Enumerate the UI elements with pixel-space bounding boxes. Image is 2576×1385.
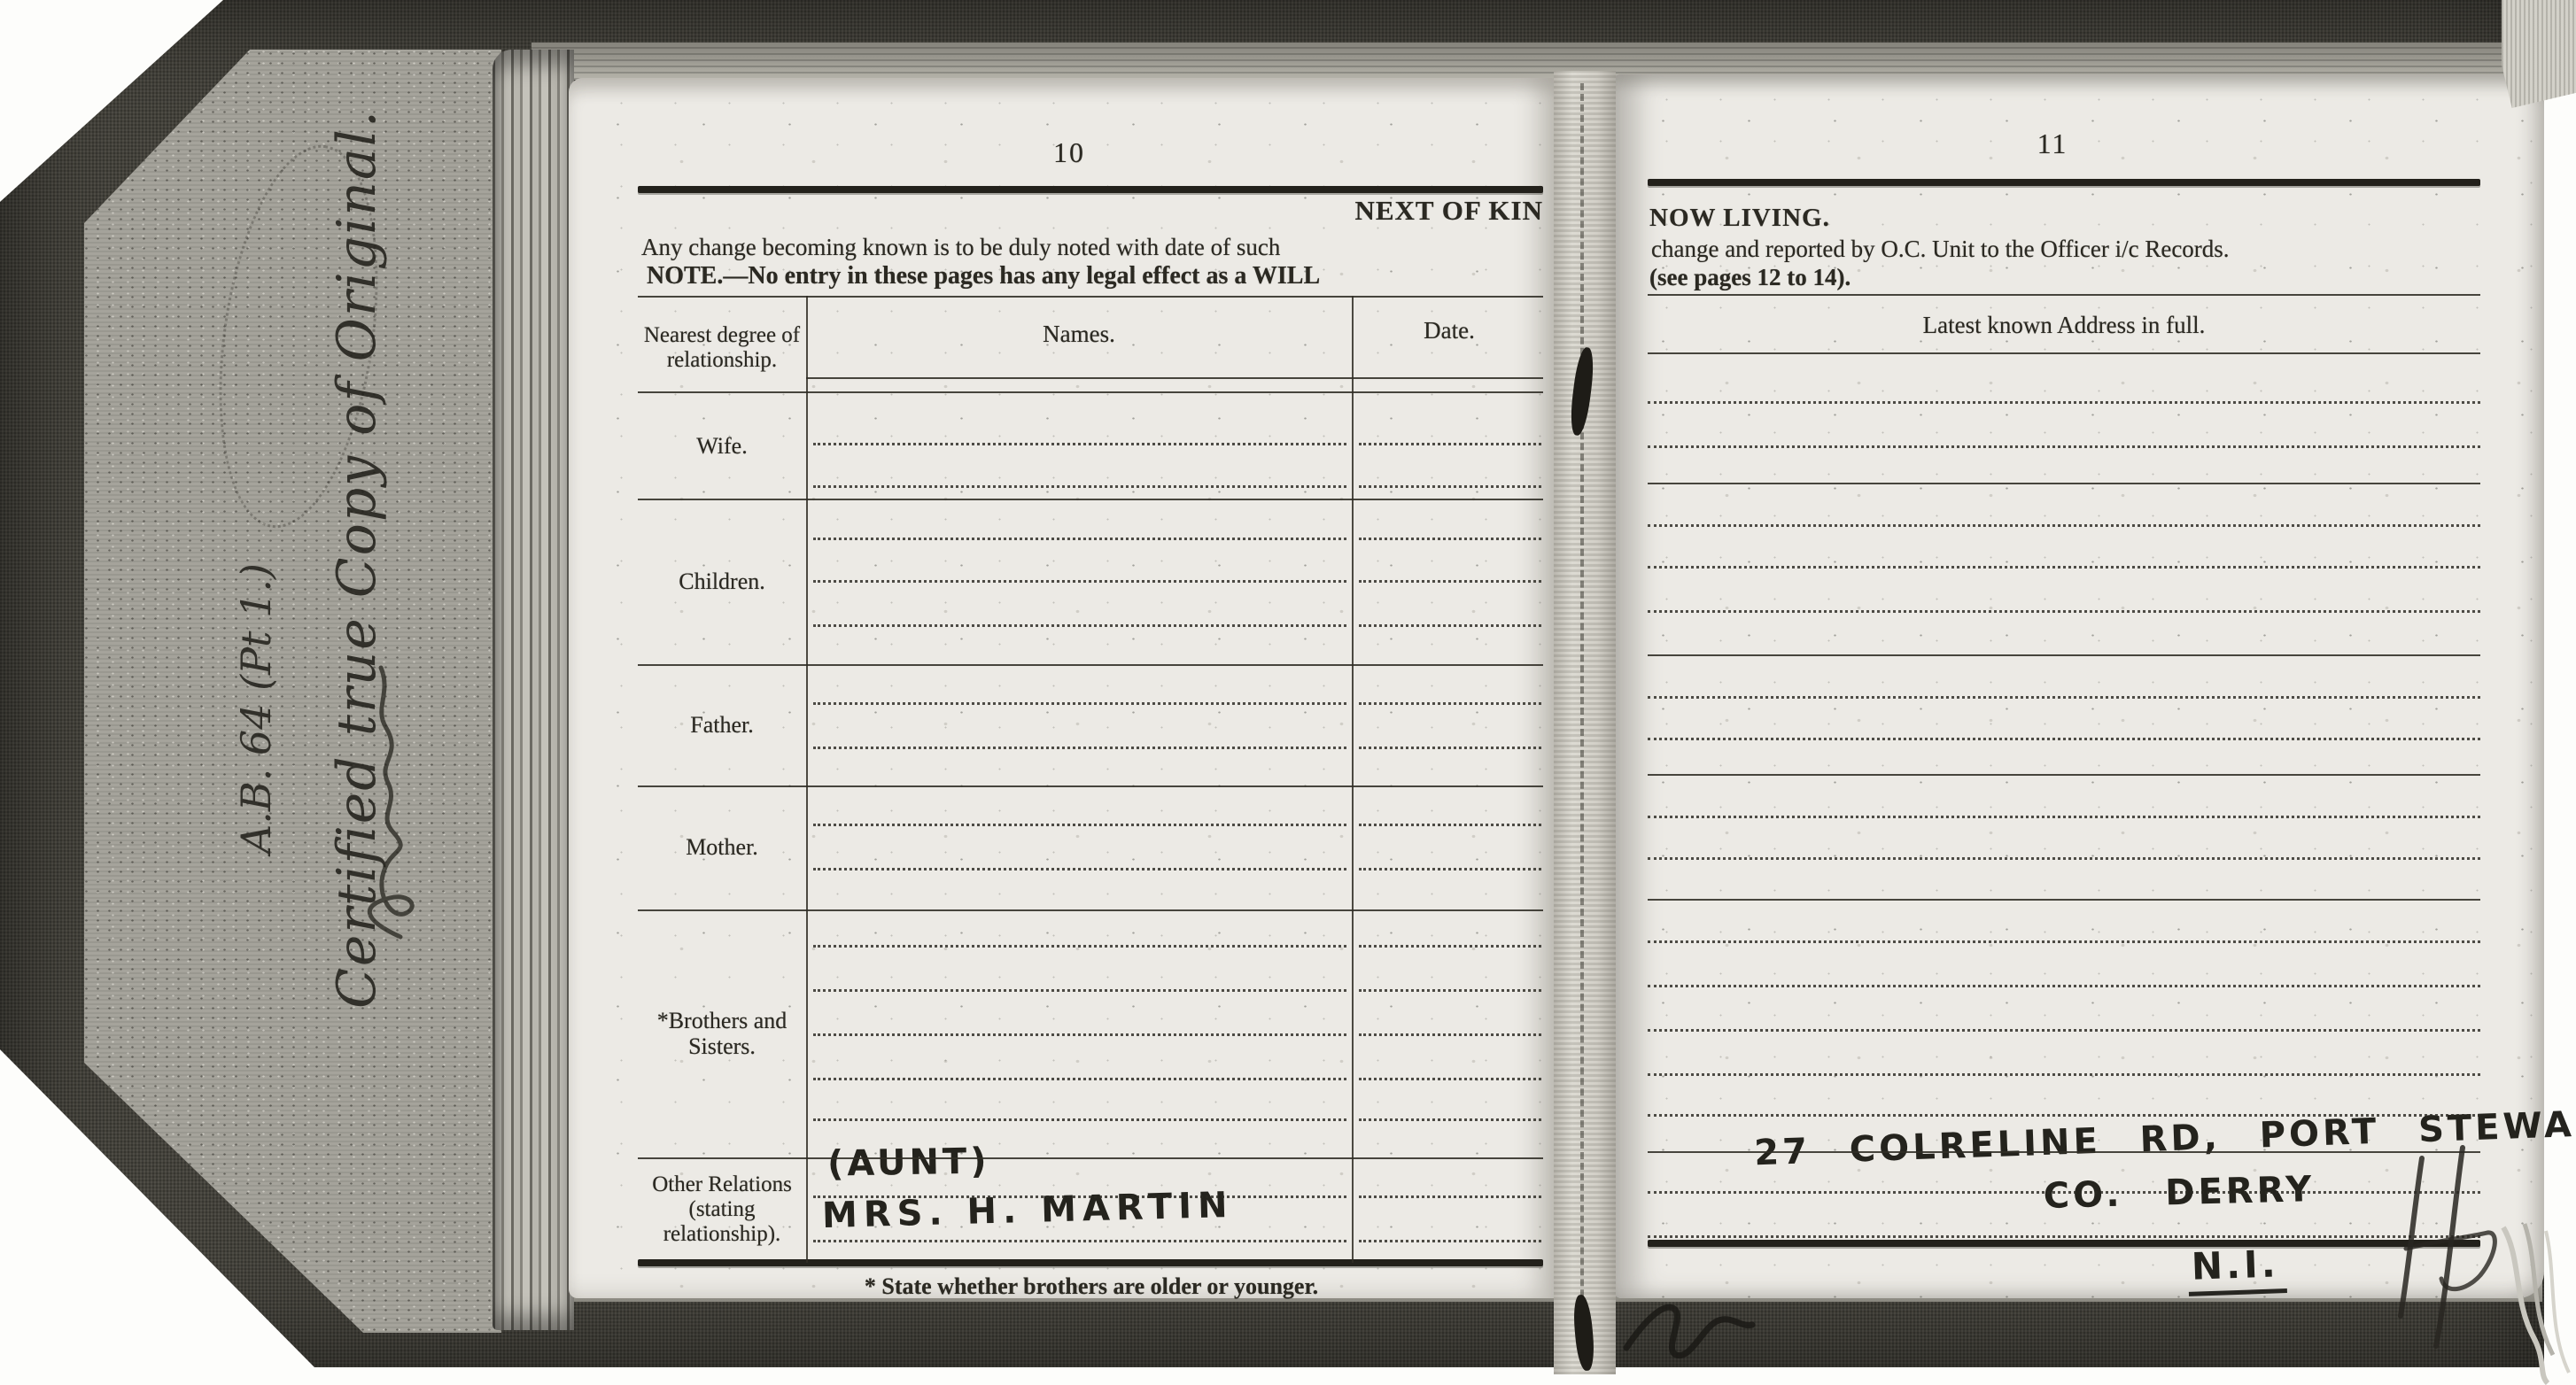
ruled-line-dotted xyxy=(1648,985,2480,987)
ruled-line-solid xyxy=(638,664,1543,666)
page-10: 10 NEXT OF KIN Any change becoming known… xyxy=(569,78,1557,1298)
row-label-brothers-sisters: *Brothers and Sisters. xyxy=(640,909,804,1157)
ruled-line-dotted xyxy=(813,1118,1346,1121)
ruled-line-dotted xyxy=(813,1240,1346,1242)
heavy-rule xyxy=(1648,1240,2480,1247)
ruled-line-dotted xyxy=(1359,1033,1541,1036)
ruled-line-solid xyxy=(638,785,1543,787)
ruled-line-solid xyxy=(638,296,1543,298)
ruled-line-solid xyxy=(638,499,1543,500)
ruled-line-solid xyxy=(1648,1151,2480,1153)
spine-cloth xyxy=(1554,71,1616,1374)
column-header-relationship: Nearest degree of relationship. xyxy=(640,306,804,390)
column-header-date: Date. xyxy=(1357,317,1541,344)
ruled-line-solid xyxy=(1648,899,2480,901)
ruled-line-dotted xyxy=(1359,1078,1541,1080)
scanned-service-book: Certified true Copy of Original. A.B. 64… xyxy=(0,0,2576,1385)
ruled-line-dotted xyxy=(1359,945,1541,948)
ruled-line-dotted xyxy=(813,624,1346,627)
ruled-line-dotted xyxy=(813,945,1346,948)
frayed-threads-icon xyxy=(2495,1222,2576,1385)
section-heading: NOW LIVING. xyxy=(1649,204,2181,233)
ruled-line-dotted xyxy=(1648,401,2480,404)
ruled-line-dotted xyxy=(813,485,1346,488)
ruled-line-dotted xyxy=(1359,538,1541,540)
heavy-rule xyxy=(638,1259,1543,1266)
instruction-line: change and reported by O.C. Unit to the … xyxy=(1651,236,2448,263)
heavy-rule xyxy=(638,186,1543,193)
ruled-line-dotted xyxy=(1648,1114,2480,1117)
ruled-line-solid xyxy=(1648,654,2480,656)
ruled-line-dotted xyxy=(813,747,1346,749)
ruled-line-dotted xyxy=(1648,940,2480,943)
ruled-line-solid xyxy=(1648,774,2480,776)
page-number: 11 xyxy=(1995,128,2110,160)
ruled-line-solid xyxy=(638,391,1543,393)
heavy-rule xyxy=(1648,179,2480,186)
ruled-line-dotted xyxy=(813,1195,1346,1198)
page-number: 10 xyxy=(1012,136,1127,169)
column-divider xyxy=(1352,296,1354,1263)
cover-form-reference: A.B. 64 (Pt 1.) xyxy=(232,540,282,877)
ruled-line-dotted xyxy=(1359,624,1541,627)
ruled-line-dotted xyxy=(813,580,1346,583)
ruled-line-dotted xyxy=(813,824,1346,826)
ruled-line-dotted xyxy=(813,538,1346,540)
ruled-line-dotted xyxy=(813,1078,1346,1080)
ruled-line-dotted xyxy=(1648,524,2480,527)
entry-relationship: (AUNT) xyxy=(827,1141,990,1184)
row-label-father: Father. xyxy=(640,664,804,785)
row-label-wife: Wife. xyxy=(640,393,804,499)
ink-blob xyxy=(1568,346,1596,437)
initials-mark-icon xyxy=(2388,1142,2512,1350)
note-line: (see pages 12 to 14). xyxy=(1649,264,2181,291)
ruled-line-dotted xyxy=(1359,824,1541,826)
ruled-line-dotted xyxy=(1648,566,2480,569)
ink-blob xyxy=(1571,1294,1595,1371)
ruled-line-dotted xyxy=(1359,1118,1541,1121)
ruled-line-dotted xyxy=(1648,1073,2480,1076)
ruled-line-dotted xyxy=(1359,747,1541,749)
signature-squiggle-icon xyxy=(345,661,431,944)
stitching xyxy=(1580,83,1584,1360)
ruled-line-dotted xyxy=(1359,1195,1541,1198)
ruled-line-dotted xyxy=(1648,816,2480,818)
ruled-line-dotted xyxy=(1359,989,1541,992)
column-header-names: Names. xyxy=(813,321,1345,348)
ruled-line-solid xyxy=(1648,483,2480,484)
ruled-line-dotted xyxy=(1648,1191,2480,1194)
column-divider xyxy=(806,296,808,1263)
ruled-line-dotted xyxy=(1359,580,1541,583)
ruled-line-dotted xyxy=(1648,696,2480,699)
ruled-line-dotted xyxy=(1648,738,2480,740)
pencil-scribble-icon xyxy=(1618,1286,1759,1374)
ruled-line-dotted xyxy=(1648,1029,2480,1032)
ruled-line-dotted xyxy=(1359,702,1541,705)
column-header-address: Latest known Address in full. xyxy=(1710,312,2418,339)
ruled-line-solid xyxy=(1648,294,2480,296)
ruled-line-dotted xyxy=(1359,443,1541,445)
row-label-mother: Mother. xyxy=(640,785,804,909)
ruled-line-solid xyxy=(638,909,1543,911)
ruled-line-dotted xyxy=(1359,485,1541,488)
page-11: 11 NOW LIVING. change and reported by O.… xyxy=(1614,74,2544,1298)
note-line: NOTE.—No entry in these pages has any le… xyxy=(647,262,1541,290)
ruled-line-dotted xyxy=(1648,610,2480,613)
entry-name: MRS. H. MARTIN xyxy=(821,1185,1234,1236)
ruled-line-solid xyxy=(1648,352,2480,354)
page-edges-left xyxy=(493,50,574,1330)
ruled-line-dotted xyxy=(1359,1240,1541,1242)
ruled-line-dotted xyxy=(1648,445,2480,448)
ruled-line-dotted xyxy=(813,868,1346,870)
row-label-other-relations: Other Relations (stating relationship). xyxy=(640,1157,804,1262)
entry-address-line3: N.I. xyxy=(2187,1242,2287,1296)
ruled-line-dotted xyxy=(1648,857,2480,860)
ruled-line-dotted xyxy=(813,443,1346,445)
ruled-line-dotted xyxy=(813,1033,1346,1036)
ruled-line-dotted xyxy=(1648,1235,2480,1238)
cloth-tab-icon xyxy=(2502,0,2576,108)
section-heading: NEXT OF KIN xyxy=(1189,195,1543,227)
ruled-line-dotted xyxy=(1359,868,1541,870)
ruled-line-dotted xyxy=(813,702,1346,705)
ruled-line-dotted xyxy=(813,989,1346,992)
ruled-line-solid xyxy=(806,377,1543,379)
instruction-line: Any change becoming known is to be duly … xyxy=(641,234,1536,261)
ruled-line-solid xyxy=(638,1157,1543,1159)
footnote: * State whether brothers are older or yo… xyxy=(728,1273,1455,1300)
row-label-children: Children. xyxy=(640,499,804,664)
